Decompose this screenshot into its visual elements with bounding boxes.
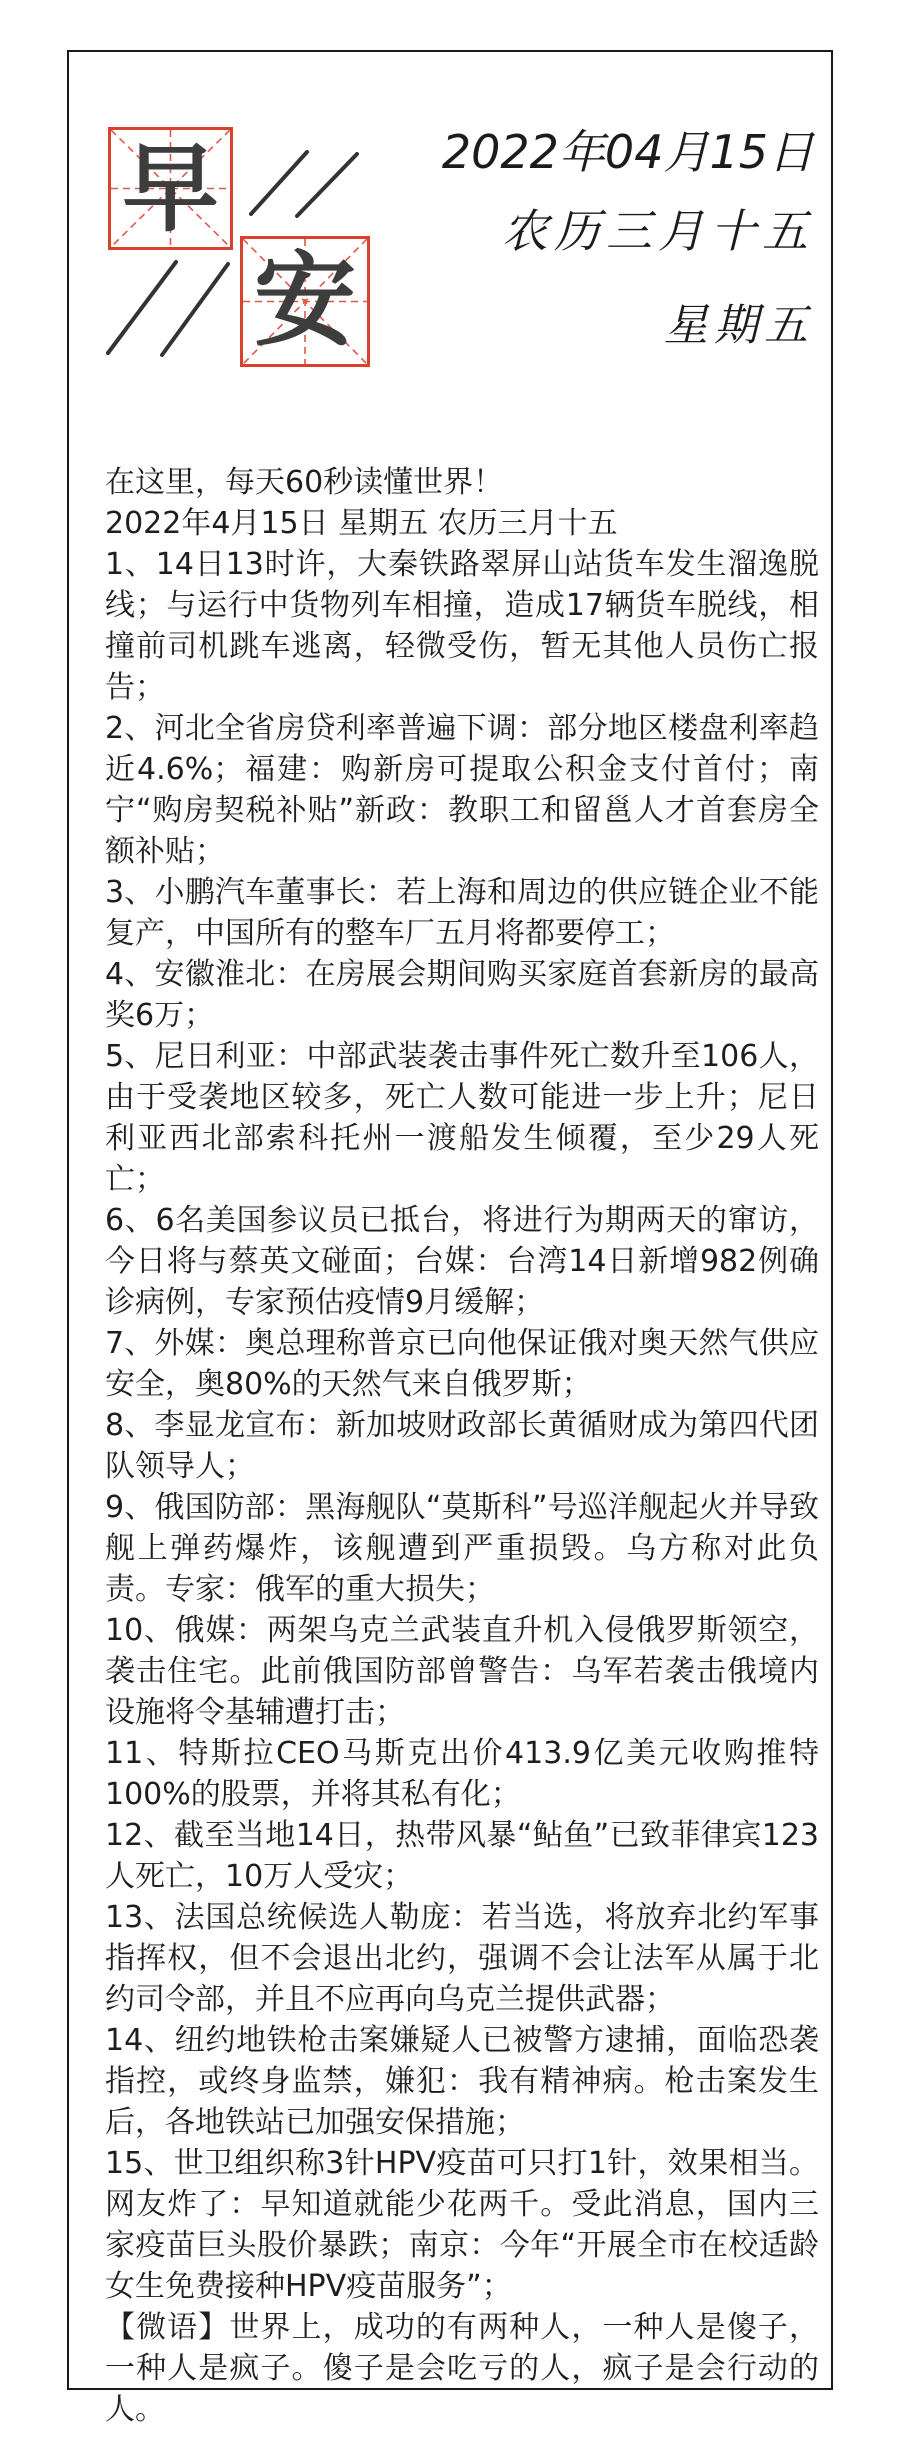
logo-box-an: 安 xyxy=(240,236,370,367)
news-item: 1、14日13时许，大秦铁路翠屏山站货车发生溜逸脱线；与运行中货物列车相撞，造成… xyxy=(105,544,819,708)
news-item: 2、河北全省房贷利率普遍下调：部分地区楼盘利率趋近4.6%；福建：购新房可提取公… xyxy=(105,708,819,872)
news-item: 3、小鹏汽车董事长：若上海和周边的供应链企业不能复产，中国所有的整车厂五月将都要… xyxy=(105,872,819,954)
intro-line: 在这里，每天60秒读懂世界！ xyxy=(105,462,819,503)
date-lunar: 农历三月十五 xyxy=(442,205,814,258)
news-body: 在这里，每天60秒读懂世界！2022年4月15日 星期五 农历三月十五 1、14… xyxy=(105,462,819,2430)
news-item: 11、特斯拉CEO马斯克出价413.9亿美元收购推特100%的股票，并将其私有化… xyxy=(105,1733,819,1815)
morning-news-poster: 早 安 2022年04月15日 农历三月十五 星期五 xyxy=(0,0,900,2440)
double-slash-icon xyxy=(245,145,370,220)
intro-line: 2022年4月15日 星期五 农历三月十五 xyxy=(105,503,819,544)
news-item: 6、6名美国参议员已抵台，将进行为期两天的窜访，今日将与蔡英文碰面；台媒：台湾1… xyxy=(105,1200,819,1323)
double-slash-icon xyxy=(100,255,235,360)
date-gregorian: 2022年04月15日 xyxy=(442,126,814,179)
news-item: 15、世卫组织称3针HPV疫苗可只打1针，效果相当。网友炸了：早知道就能少花两千… xyxy=(105,2143,819,2307)
news-item: 8、李显龙宣布：新加坡财政部长黄循财成为第四代团队领导人； xyxy=(105,1405,819,1487)
news-item: 14、纽约地铁枪击案嫌疑人已被警方逮捕，面临恐袭指控，或终身监禁，嫌犯：我有精神… xyxy=(105,2020,819,2143)
news-item: 4、安徽淮北：在房展会期间购买家庭首套新房的最高奖6万； xyxy=(105,954,819,1036)
news-item: 5、尼日利亚：中部武装袭击事件死亡数升至106人，由于受袭地区较多，死亡人数可能… xyxy=(105,1036,819,1200)
intro-lines: 在这里，每天60秒读懂世界！2022年4月15日 星期五 农历三月十五 xyxy=(105,462,819,544)
news-item: 12、截至当地14日，热带风暴“鲇鱼”已致菲律宾123人死亡，10万人受灾； xyxy=(105,1815,819,1897)
news-item: 9、俄国防部：黑海舰队“莫斯科”号巡洋舰起火并导致舰上弹药爆炸，该舰遭到严重损毁… xyxy=(105,1487,819,1610)
date-weekday: 星期五 xyxy=(442,302,814,350)
news-list: 1、14日13时许，大秦铁路翠屏山站货车发生溜逸脱线；与运行中货物列车相撞，造成… xyxy=(105,544,819,2307)
logo-char-an: 安 xyxy=(243,239,367,364)
news-item: 7、外媒：奥总理称普京已向他保证俄对奥天然气供应安全，奥80%的天然气来自俄罗斯… xyxy=(105,1323,819,1405)
logo-box-zao: 早 xyxy=(108,127,233,250)
news-item: 10、俄媒：两架乌克兰武装直升机入侵俄罗斯领空，袭击住宅。此前俄国防部曾警告：乌… xyxy=(105,1610,819,1733)
news-item: 13、法国总统候选人勒庞：若当选，将放弃北约军事指挥权，但不会退出北约，强调不会… xyxy=(105,1897,819,2020)
weiyu-quote: 【微语】世界上，成功的有两种人，一种人是傻子，一种人是疯子。傻子是会吃亏的人，疯… xyxy=(105,2307,819,2430)
logo-char-zao: 早 xyxy=(111,130,230,247)
date-block: 2022年04月15日 农历三月十五 星期五 xyxy=(442,126,814,350)
